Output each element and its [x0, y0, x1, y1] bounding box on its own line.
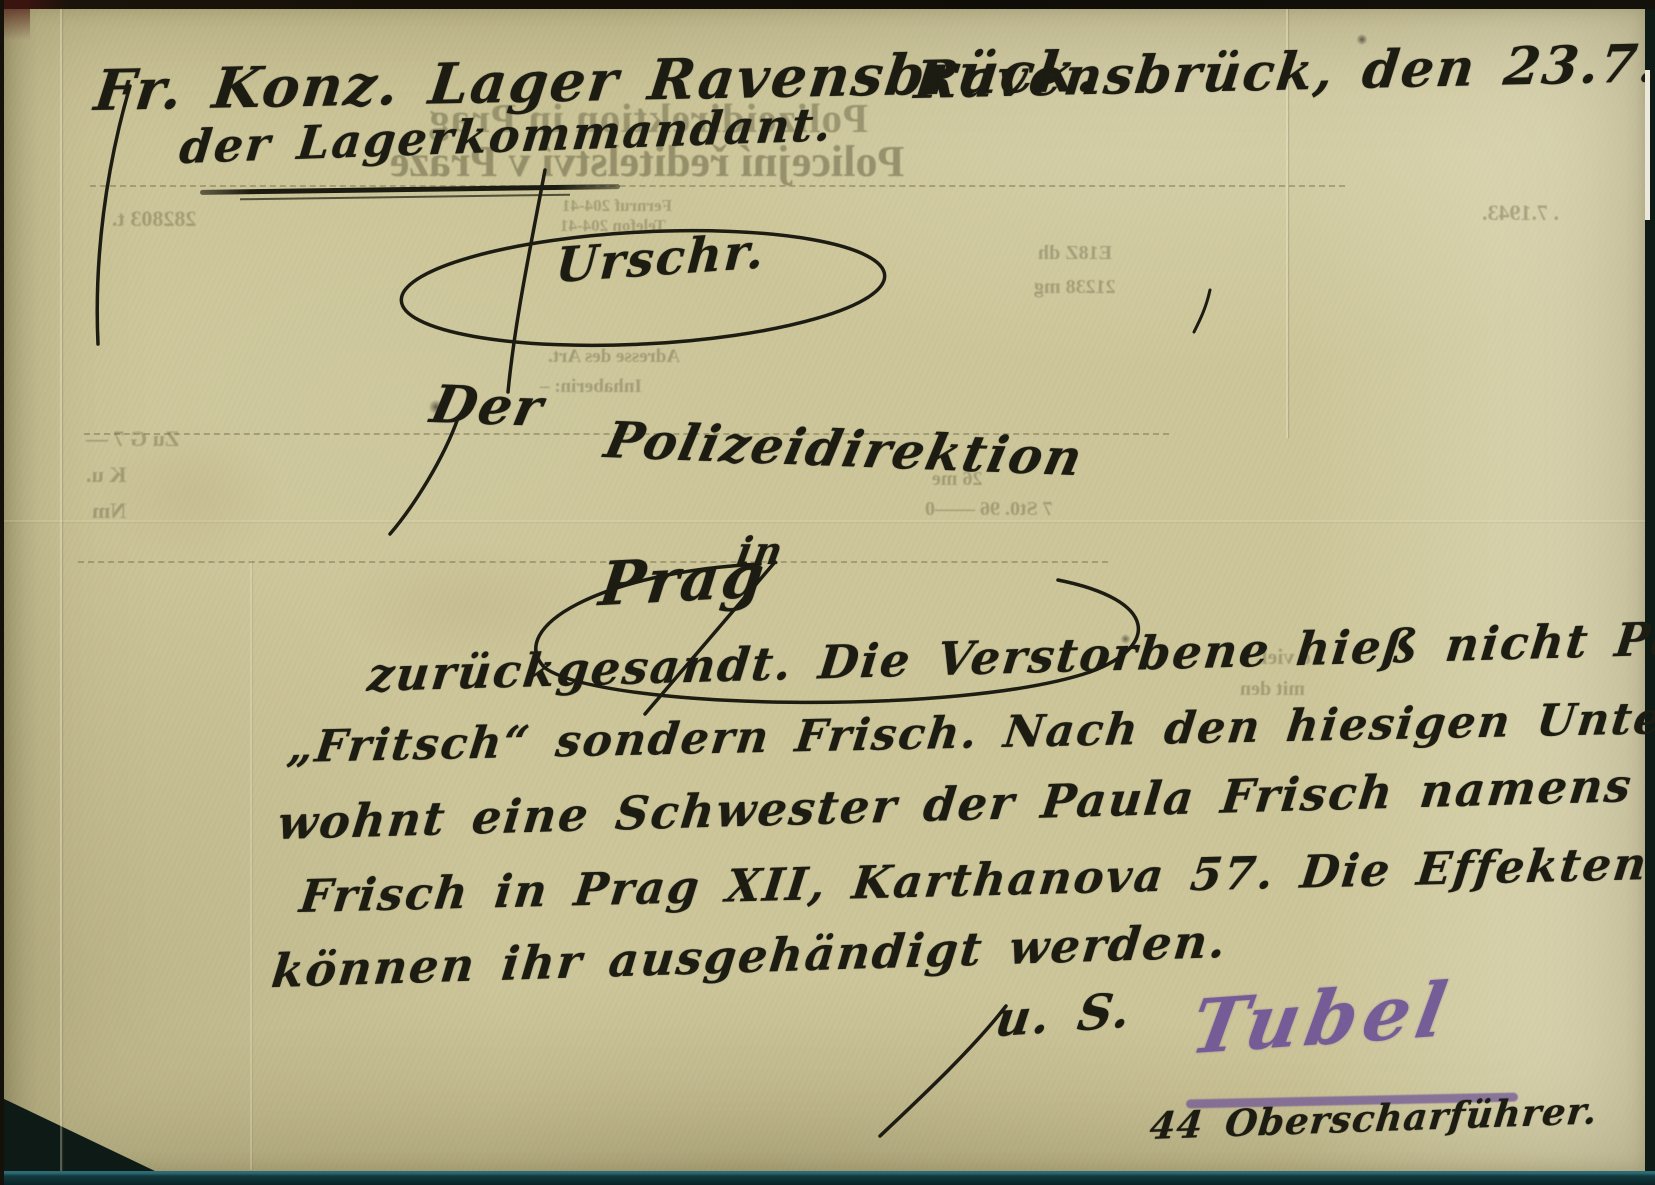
scan-edge-left — [0, 0, 4, 1185]
bleedthrough-fragment: K u. — [86, 462, 126, 488]
recipient-article: Der — [426, 374, 550, 438]
bleedthrough-fragment: Nm — [92, 498, 126, 524]
bleedthrough-fragment: 21238 mg — [1034, 276, 1116, 299]
recipient-city: Prag — [596, 541, 770, 620]
bleedthrough-fragment: mit den — [1240, 678, 1305, 701]
clerk-initials: u. S. — [992, 982, 1136, 1048]
vertical-fold-crease — [250, 560, 252, 1170]
bleedthrough-fragment: Zu G 7 — — [86, 426, 180, 452]
bleedthrough-fragment: Adresse des Art. — [548, 346, 680, 368]
scan-edge-white-sliver — [1645, 70, 1650, 220]
bleedthrough-rule-line — [78, 561, 1108, 563]
bleedthrough-rule-line — [90, 185, 1345, 187]
scan-edge-bottom — [0, 1171, 1655, 1185]
bleedthrough-fragment: 282803 t. — [112, 206, 196, 232]
scanned-document: { "document": { "header": { "org_line": … — [0, 0, 1655, 1185]
bleedthrough-fragment: 7 St0. 96 ——0 — [925, 498, 1053, 521]
scan-edge-top — [0, 0, 1655, 9]
bleedthrough-phone-line: Fernruf 204-41 — [562, 196, 672, 216]
bleedthrough-fragment: E18Z dh — [1038, 242, 1112, 265]
bleedthrough-fragment: . 7.1943. — [1482, 200, 1559, 226]
bleedthrough-fragment: Inhaberin: – — [540, 376, 642, 398]
vertical-fold-crease — [60, 8, 62, 1171]
